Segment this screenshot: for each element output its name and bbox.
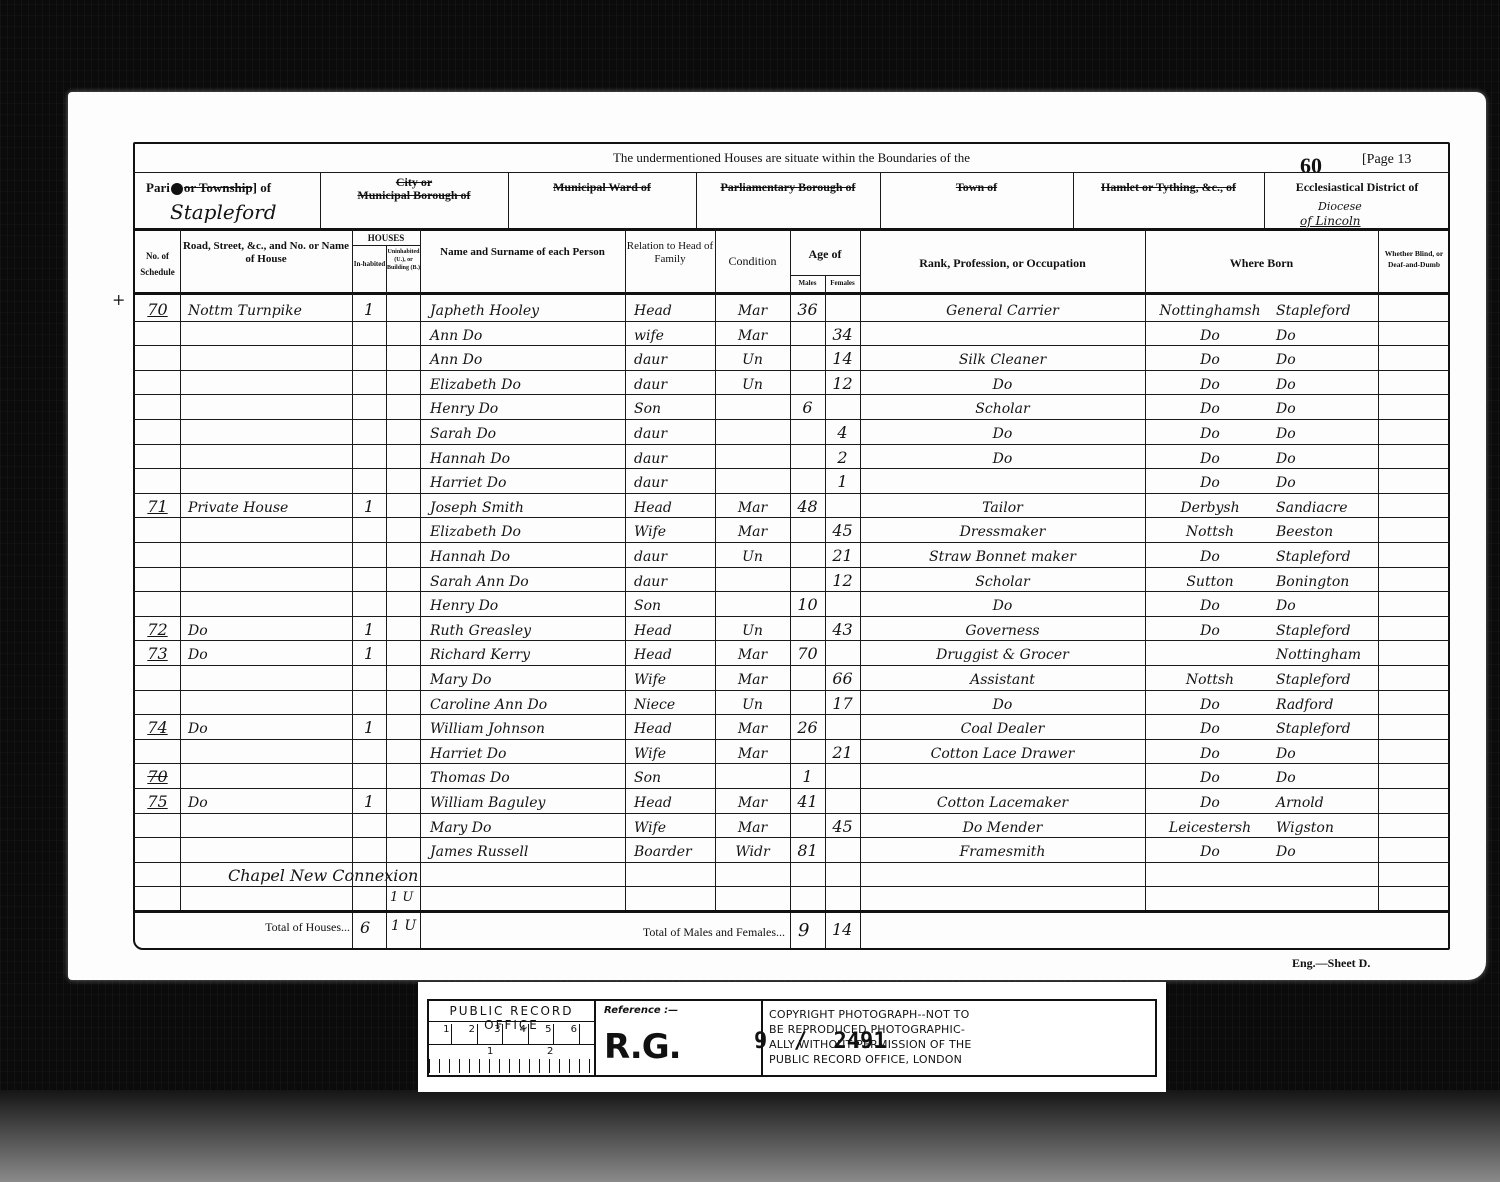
cell-relation: Head [628,296,715,321]
cell-born-county: Sutton [1150,567,1270,592]
name-value: Caroline Ann Do [430,697,547,713]
cell-occupation: Governess [860,616,1145,641]
cell-occupation: Tailor [860,493,1145,518]
cell-road: Do [182,616,352,641]
cell-born-place: Do [1270,739,1378,764]
col-females-header: Females [825,279,860,287]
cell-condition: Mar [715,296,790,321]
born-county-value: Nottsh [1186,672,1234,688]
cell-male-age [790,444,825,469]
relation-value: daur [634,574,667,590]
cell-schedule: 70 [135,763,180,788]
cell-female-age: 12 [825,567,860,592]
cell-occupation: Cotton Lace Drawer [860,739,1145,764]
cell-occupation: Do [860,370,1145,395]
born-place-value: Do [1276,746,1296,762]
reference-number: 9 / 2491 [754,1029,886,1054]
cell-born-county: Do [1150,542,1270,567]
cell-female-age [825,714,860,739]
cell-road [182,690,352,715]
copyright-line: COPYRIGHT PHOTOGRAPH--NOT TO [769,1007,1149,1022]
condition-value: Mar [738,795,767,811]
road-value: Private House [188,500,288,516]
cell-condition: Mar [715,813,790,838]
cell-relation: Head [628,640,715,665]
occupation-value: General Carrier [946,303,1059,319]
occupation-value: Do [993,377,1013,393]
cell-born-place: Radford [1270,690,1378,715]
col-name-header: Name and Surname of each Person [420,246,625,259]
cell-condition: Mar [715,493,790,518]
relation-value: Wife [634,820,666,836]
cell-name: Ann Do [424,345,625,370]
col-relation-header: Relation to Head of Family [625,240,715,266]
cell-occupation: Do Mender [860,813,1145,838]
cell-condition: Un [715,690,790,715]
column-rule [180,228,181,910]
cell-born-place: Arnold [1270,788,1378,813]
cell-born-place: Do [1270,468,1378,493]
born-place-value: Stapleford [1276,672,1351,688]
cell-road: Do [182,640,352,665]
cell-born-place: Do [1270,321,1378,346]
born-place-value: Sandiacre [1276,500,1348,516]
pro-office-title: PUBLIC RECORD OFFICE [429,1001,594,1022]
column-rule [420,228,421,948]
name-value: William Johnson [430,721,545,737]
born-place-value: Bonington [1276,574,1349,590]
cell-born-county: Leicestersh [1150,813,1270,838]
cell-road [182,763,352,788]
cell-schedule [135,813,180,838]
cell-occupation [860,763,1145,788]
cell-male-age: 48 [790,493,825,518]
relation-value: daur [634,377,667,393]
cell-condition: Widr [715,837,790,862]
born-place-value: Stapleford [1276,303,1351,319]
born-county-value: Do [1200,377,1220,393]
born-county-value: Nottsh [1186,524,1234,540]
male-age-value: 48 [797,497,817,516]
occupation-value: Druggist & Grocer [936,647,1069,663]
name-value: Hannah Do [430,451,510,467]
cell-female-age [825,591,860,616]
ruler-top-number: 6 [571,1024,580,1044]
born-place-value: Radford [1276,697,1333,713]
cell-name: Hannah Do [424,542,625,567]
cell-road [182,517,352,542]
cell-schedule [135,345,180,370]
ruler-top-number: 1 [443,1024,452,1044]
born-place-value: Wigston [1276,820,1334,836]
female-age-value: 17 [832,694,852,713]
name-value: Sarah Do [430,426,496,442]
cell-male-age [790,616,825,641]
cell-name: Joseph Smith [424,493,625,518]
schedule-value: 72 [147,620,167,639]
divider [133,292,1450,295]
ruler-bottom-number: 2 [547,1046,553,1057]
born-county-value: Do [1200,598,1220,614]
scan-bottom-texture [0,1090,1500,1182]
cell-inhabited [352,370,386,395]
occupation-value: Dressmaker [960,524,1046,540]
condition-value: Un [742,623,763,639]
total-houses-label: Total of Houses... [200,920,350,935]
divider [133,172,1450,173]
ecclesiastical-value-line2: of Lincoln [1300,214,1361,228]
relation-value: daur [634,426,667,442]
ruler-ticks [429,1059,594,1073]
cell-schedule [135,444,180,469]
cell-condition [715,567,790,592]
schedule-value: 75 [147,792,167,811]
condition-value: Mar [738,328,767,344]
cell-occupation: Silk Cleaner [860,345,1145,370]
born-county-value: Do [1200,746,1220,762]
cell-female-age: 21 [825,542,860,567]
name-value: Sarah Ann Do [430,574,529,590]
cell-female-age [825,763,860,788]
cell-road [182,739,352,764]
cell-female-age: 4 [825,419,860,444]
column-rule [1145,228,1146,910]
relation-value: Son [634,401,661,417]
cell-born-county [1150,640,1270,665]
female-age-value: 21 [832,546,852,565]
cell-condition [715,591,790,616]
cell-female-age [825,837,860,862]
cell-road [182,444,352,469]
cell-female-age: 21 [825,739,860,764]
name-value: Henry Do [430,401,498,417]
cell-born-county: Do [1150,394,1270,419]
cell-name: Henry Do [424,394,625,419]
schedule-value: 74 [147,718,167,737]
cell-inhabited [352,591,386,616]
cell-inhabited [352,567,386,592]
relation-value: Son [634,598,661,614]
cell-schedule: 72 [135,616,180,641]
cell-relation: daur [628,370,715,395]
cell-occupation: Cotton Lacemaker [860,788,1145,813]
condition-value: Mar [738,500,767,516]
col-road-header: Road, Street, &c., and No. or Name of Ho… [180,240,352,266]
condition-value: Mar [738,820,767,836]
cell-inhabited [352,394,386,419]
born-county-value: Derbysh [1180,500,1239,516]
cell-condition [715,419,790,444]
relation-value: Head [634,303,672,319]
cell-name: Sarah Do [424,419,625,444]
total-inhabited: 6 [360,918,370,937]
cell-born-county: Do [1150,788,1270,813]
female-age-value: 1 [837,472,847,491]
cell-name: Caroline Ann Do [424,690,625,715]
ecclesiastical-value-line1: Diocese [1318,200,1362,213]
cell-inhabited [352,763,386,788]
cell-male-age [790,813,825,838]
cell-schedule [135,419,180,444]
cell-male-age [790,665,825,690]
cell-inhabited: 1 [352,640,386,665]
cell-condition: Mar [715,739,790,764]
occupation-value: Framesmith [960,844,1046,860]
cell-relation: Boarder [628,837,715,862]
relation-value: Wife [634,524,666,540]
cell-male-age: 81 [790,837,825,862]
occupation-value: Scholar [975,574,1029,590]
cell-occupation: Dressmaker [860,517,1145,542]
relation-value: daur [634,549,667,565]
cell-name: James Russell [424,837,625,862]
occupation-value: Do [993,697,1013,713]
cell-occupation: Do [860,690,1145,715]
cell-male-age [790,690,825,715]
cell-inhabited [352,813,386,838]
cell-female-age [825,493,860,518]
name-value: Mary Do [430,672,491,688]
cell-condition: Un [715,616,790,641]
cell-relation: Head [628,616,715,641]
divider [133,228,1450,231]
page-number: [Page 13 [1362,152,1411,168]
relation-value: daur [634,352,667,368]
cell-inhabited [352,542,386,567]
cell-born-county: Do [1150,591,1270,616]
relation-value: Niece [634,697,675,713]
cell-female-age: 12 [825,370,860,395]
cell-relation: Head [628,493,715,518]
cell-inhabited [352,517,386,542]
cell-born-place: Beeston [1270,517,1378,542]
cell-name: Harriet Do [424,468,625,493]
col-schedule-header: No. of Schedule [135,248,180,280]
cell-born-county: Do [1150,714,1270,739]
cell-male-age [790,542,825,567]
cell-female-age [825,788,860,813]
male-age-value: 1 [802,767,812,786]
road-value: Do [188,623,208,639]
inhabited-value: 1 [364,644,374,663]
cell-road [182,813,352,838]
cell-inhabited: 1 [352,493,386,518]
female-age-value: 43 [832,620,852,639]
ruler-panel: PUBLIC RECORD OFFICE 123456 12 [429,1001,596,1075]
occupation-value: Coal Dealer [961,721,1045,737]
ink-blot [171,183,183,195]
cell-name: Hannah Do [424,444,625,469]
cell-born-county: Do [1150,444,1270,469]
condition-value: Un [742,549,763,565]
cell-condition: Mar [715,714,790,739]
cell-relation: Wife [628,665,715,690]
cell-condition: Un [715,370,790,395]
cell-male-age [790,370,825,395]
cell-schedule [135,567,180,592]
cell-occupation: Assistant [860,665,1145,690]
male-age-value: 70 [797,644,817,663]
cell-male-age [790,468,825,493]
name-value: Richard Kerry [430,647,530,663]
col-uninhabited-header: Uninhabited (U.), or Building (B.) [387,248,420,272]
born-place-value: Nottingham [1276,647,1361,663]
name-value: James Russell [430,844,528,860]
female-age-value: 34 [832,325,852,344]
cell-born-county: Derbysh [1150,493,1270,518]
born-county-value: Do [1200,426,1220,442]
cell-inhabited: 1 [352,714,386,739]
cell-name: Sarah Ann Do [424,567,625,592]
born-place-value: Arnold [1276,795,1324,811]
cell-female-age: 14 [825,345,860,370]
inhabited-value: 1 [364,620,374,639]
cell-female-age: 45 [825,517,860,542]
occupation-value: Do [993,451,1013,467]
cell-relation: daur [628,567,715,592]
cell-inhabited [352,690,386,715]
cell-occupation: Framesmith [860,837,1145,862]
occupation-value: Governess [965,623,1039,639]
ruler-top-number: 4 [520,1024,529,1044]
cell-male-age: 41 [790,788,825,813]
cell-male-age [790,567,825,592]
ward-label: Municipal Ward of [508,181,696,194]
cell-born-place: Do [1270,345,1378,370]
cell-born-place: Do [1270,444,1378,469]
name-value: Mary Do [430,820,491,836]
cell-born-county: Nottsh [1150,517,1270,542]
occupation-value: Scholar [975,401,1029,417]
cell-schedule [135,321,180,346]
born-county-value: Do [1200,721,1220,737]
cell-road [182,370,352,395]
sheet-footer-note: Eng.—Sheet D. [1292,956,1370,971]
occupation-value: Do [993,426,1013,442]
column-rule [1378,228,1379,910]
cell-relation: Wife [628,517,715,542]
blank-row-uninhabited: 1 U [390,890,413,905]
cell-born-county: Do [1150,321,1270,346]
cell-occupation: Do [860,444,1145,469]
born-county-value: Do [1200,697,1220,713]
cell-name: Elizabeth Do [424,370,625,395]
road-value: Do [188,647,208,663]
row-rule [133,886,1450,887]
male-age-value: 26 [797,718,817,737]
relation-value: daur [634,475,667,491]
female-age-value: 4 [837,423,847,442]
inhabited-value: 1 [364,497,374,516]
reference-label: Reference :— [596,1001,761,1020]
cell-inhabited [352,444,386,469]
cell-male-age: 1 [790,763,825,788]
cell-female-age [825,296,860,321]
cell-born-place: Stapleford [1270,296,1378,321]
cell-born-county: Do [1150,419,1270,444]
cell-occupation: Druggist & Grocer [860,640,1145,665]
cell-inhabited [352,739,386,764]
cell-road: Nottm Turnpike [182,296,352,321]
cell-condition: Mar [715,788,790,813]
born-place-value: Do [1276,426,1296,442]
cell-road [182,394,352,419]
cell-occupation [860,321,1145,346]
occupation-value: Cotton Lace Drawer [931,746,1075,762]
cell-female-age: 2 [825,444,860,469]
cell-born-place: Do [1270,394,1378,419]
condition-value: Un [742,377,763,393]
name-value: Ann Do [430,328,482,344]
cell-road [182,419,352,444]
cell-occupation: General Carrier [860,296,1145,321]
cell-schedule: 74 [135,714,180,739]
cell-schedule: 73 [135,640,180,665]
cell-female-age [825,640,860,665]
cell-born-county: Do [1150,763,1270,788]
cell-inhabited: 1 [352,788,386,813]
column-rule [386,245,387,948]
cell-male-age [790,419,825,444]
cell-occupation: Coal Dealer [860,714,1145,739]
name-value: Ann Do [430,352,482,368]
cell-name: Mary Do [424,665,625,690]
cell-schedule [135,468,180,493]
female-age-value: 12 [832,571,852,590]
cell-schedule [135,591,180,616]
cell-relation: daur [628,345,715,370]
cell-road: Do [182,788,352,813]
cell-born-place: Bonington [1270,567,1378,592]
cell-occupation: Do [860,419,1145,444]
cell-born-place: Stapleford [1270,665,1378,690]
cell-relation: Wife [628,739,715,764]
occupation-value: Tailor [982,500,1023,516]
male-age-value: 10 [797,595,817,614]
name-value: Hannah Do [430,549,510,565]
condition-value: Mar [738,524,767,540]
cell-schedule [135,370,180,395]
name-value: Joseph Smith [430,500,524,516]
cell-male-age: 70 [790,640,825,665]
cell-relation: Son [628,591,715,616]
female-age-value: 45 [832,817,852,836]
relation-value: Head [634,500,672,516]
row-rule [133,862,1450,863]
condition-value: Mar [738,721,767,737]
cell-female-age [825,394,860,419]
divider [133,910,1450,913]
born-place-value: Do [1276,328,1296,344]
cell-road [182,468,352,493]
cell-name: Japheth Hooley [424,296,625,321]
cell-condition [715,763,790,788]
name-value: Elizabeth Do [430,377,521,393]
cell-road [182,837,352,862]
cell-schedule [135,690,180,715]
relation-value: Head [634,647,672,663]
born-county-value: Sutton [1186,574,1233,590]
cell-female-age: 1 [825,468,860,493]
occupation-value: Silk Cleaner [959,352,1046,368]
female-age-value: 21 [832,743,852,762]
cell-schedule [135,542,180,567]
cell-relation: daur [628,468,715,493]
relation-value: Son [634,770,661,786]
cell-relation: Head [628,714,715,739]
cell-inhabited: 1 [352,616,386,641]
cell-road: Private House [182,493,352,518]
